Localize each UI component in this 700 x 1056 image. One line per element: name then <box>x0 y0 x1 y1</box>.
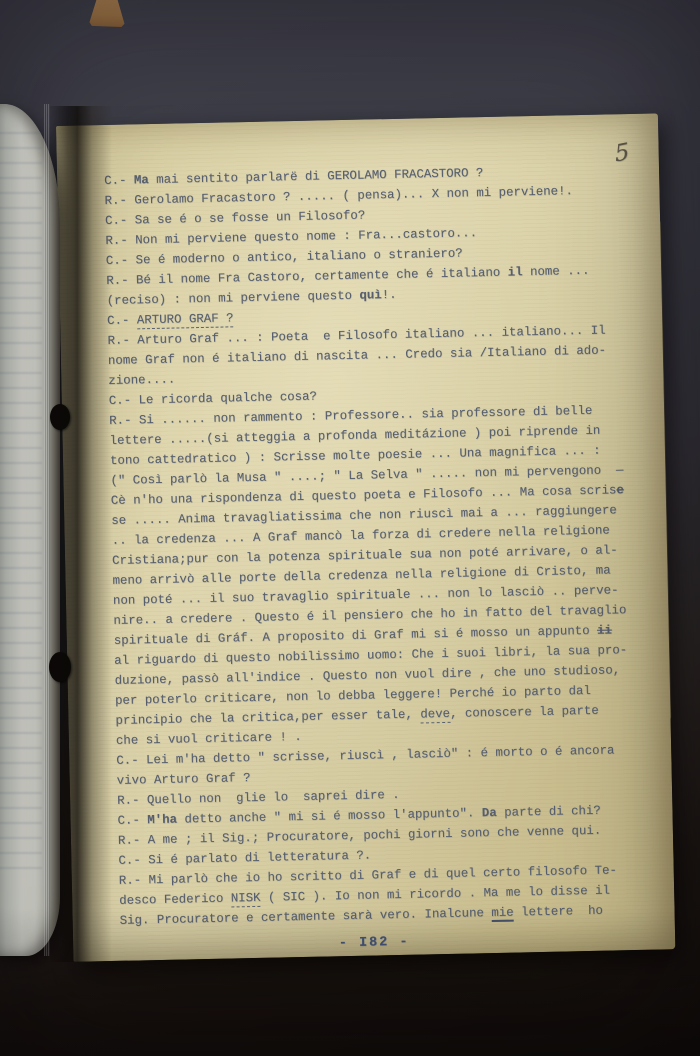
binding-hole <box>50 404 70 430</box>
binding-hole <box>49 652 71 682</box>
typed-page-number: - I82 - <box>73 929 675 957</box>
photo-background: 5 C.- Ma mai sentito parlarë di GEROLAMO… <box>0 0 700 1056</box>
typed-text-block: C.- Ma mai sentito parlarë di GEROLAMO F… <box>104 160 633 931</box>
left-page-stack <box>0 104 60 956</box>
tape-fragment <box>88 0 126 27</box>
document-page: 5 C.- Ma mai sentito parlarë di GEROLAMO… <box>56 113 675 961</box>
